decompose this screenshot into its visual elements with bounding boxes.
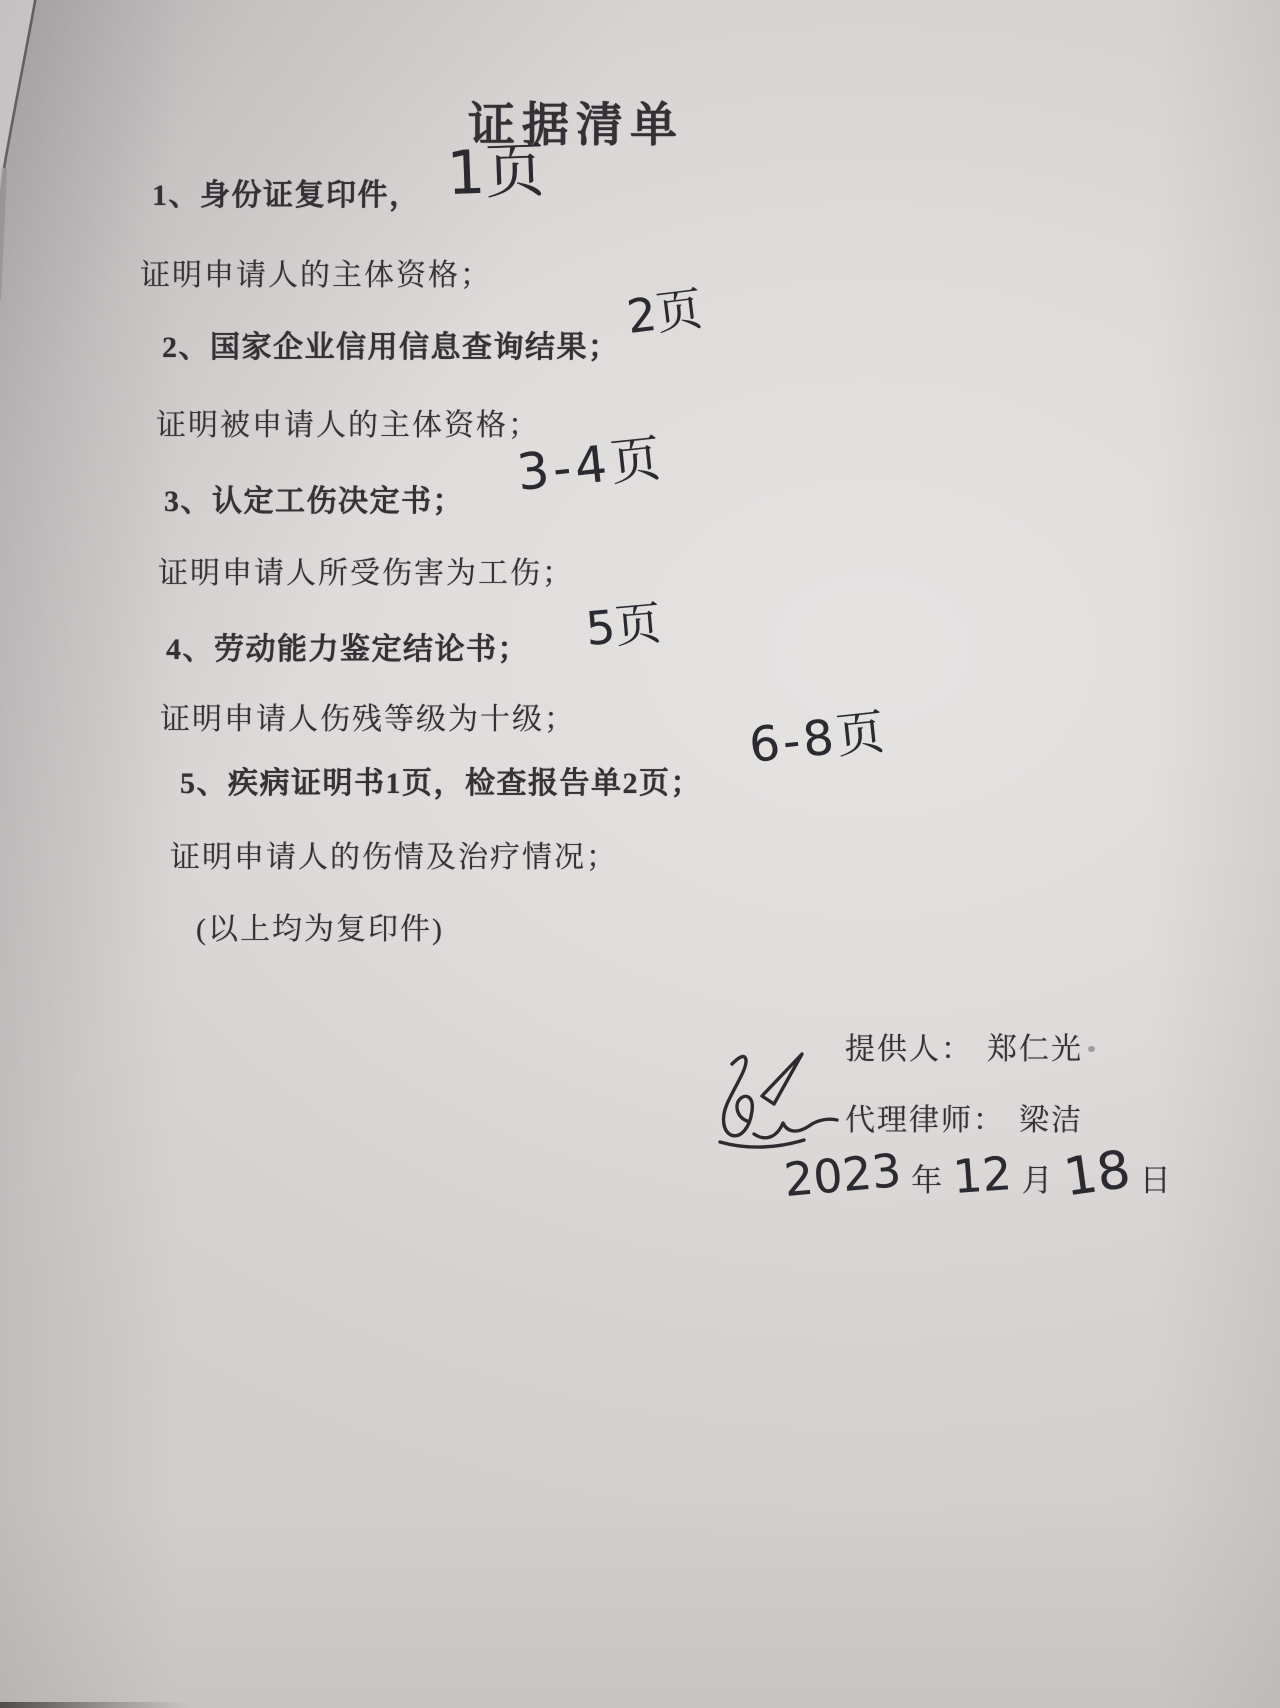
evidence-item-5-label: 5、疾病证明书1页，检查报告单2页； (180, 758, 702, 802)
lawyer-name: 梁洁 (1019, 1104, 1083, 1137)
year-unit: 年 (911, 1155, 943, 1200)
lawyer-signature-scribble (716, 1044, 856, 1152)
handwritten-pages-item-2: 2页 (624, 285, 704, 340)
copies-note: (以上均为复印件) (196, 904, 444, 948)
handwritten-day: 18 (1060, 1144, 1133, 1205)
evidence-item-3-purpose: 证明申请人所受伤害为工伤； (158, 548, 574, 592)
photo-bottom-edge (0, 1702, 190, 1708)
handwritten-month: 12 (952, 1150, 1014, 1200)
provider-label: 提供人： (845, 1033, 973, 1066)
evidence-item-1-purpose: 证明申请人的主体资格； (140, 250, 492, 294)
handwritten-pages-item-5: 6-8页 (747, 708, 890, 770)
evidence-item-4-purpose: 证明申请人伤残等级为十级； (160, 694, 576, 738)
provider-name: 郑仁光 (987, 1033, 1083, 1066)
evidence-item-5-purpose: 证明申请人的伤情及治疗情况； (170, 832, 618, 876)
lawyer-label: 代理律师： (845, 1104, 1005, 1137)
provider-line: 提供人：郑仁光 (845, 1024, 1083, 1068)
lawyer-line: 代理律师：梁洁 (845, 1095, 1083, 1139)
evidence-item-2-purpose: 证明被申请人的主体资格； (156, 400, 540, 444)
evidence-item-1-label: 1、身份证复印件， (152, 170, 421, 214)
handwritten-pages-item-3: 3-4页 (515, 433, 667, 498)
date-line: 2023 年 12 月 18 日 (784, 1148, 1172, 1200)
evidence-item-4-label: 4、劳动能力鉴定结论书； (166, 624, 529, 668)
evidence-item-3-label: 3、认定工伤决定书； (164, 476, 464, 520)
day-unit: 日 (1140, 1155, 1172, 1200)
month-unit: 月 (1022, 1155, 1054, 1200)
document-photo: 证据清单 1、身份证复印件， 1页 证明申请人的主体资格； 2、国家企业信用信息… (0, 0, 1280, 1708)
paper-speck (1088, 1046, 1095, 1052)
handwritten-pages-item-1: 1页 (446, 141, 546, 204)
handwritten-year: 2023 (782, 1147, 903, 1203)
evidence-item-2-label: 2、国家企业信用信息查询结果； (162, 322, 620, 366)
handwritten-pages-item-4: 5页 (584, 600, 663, 652)
